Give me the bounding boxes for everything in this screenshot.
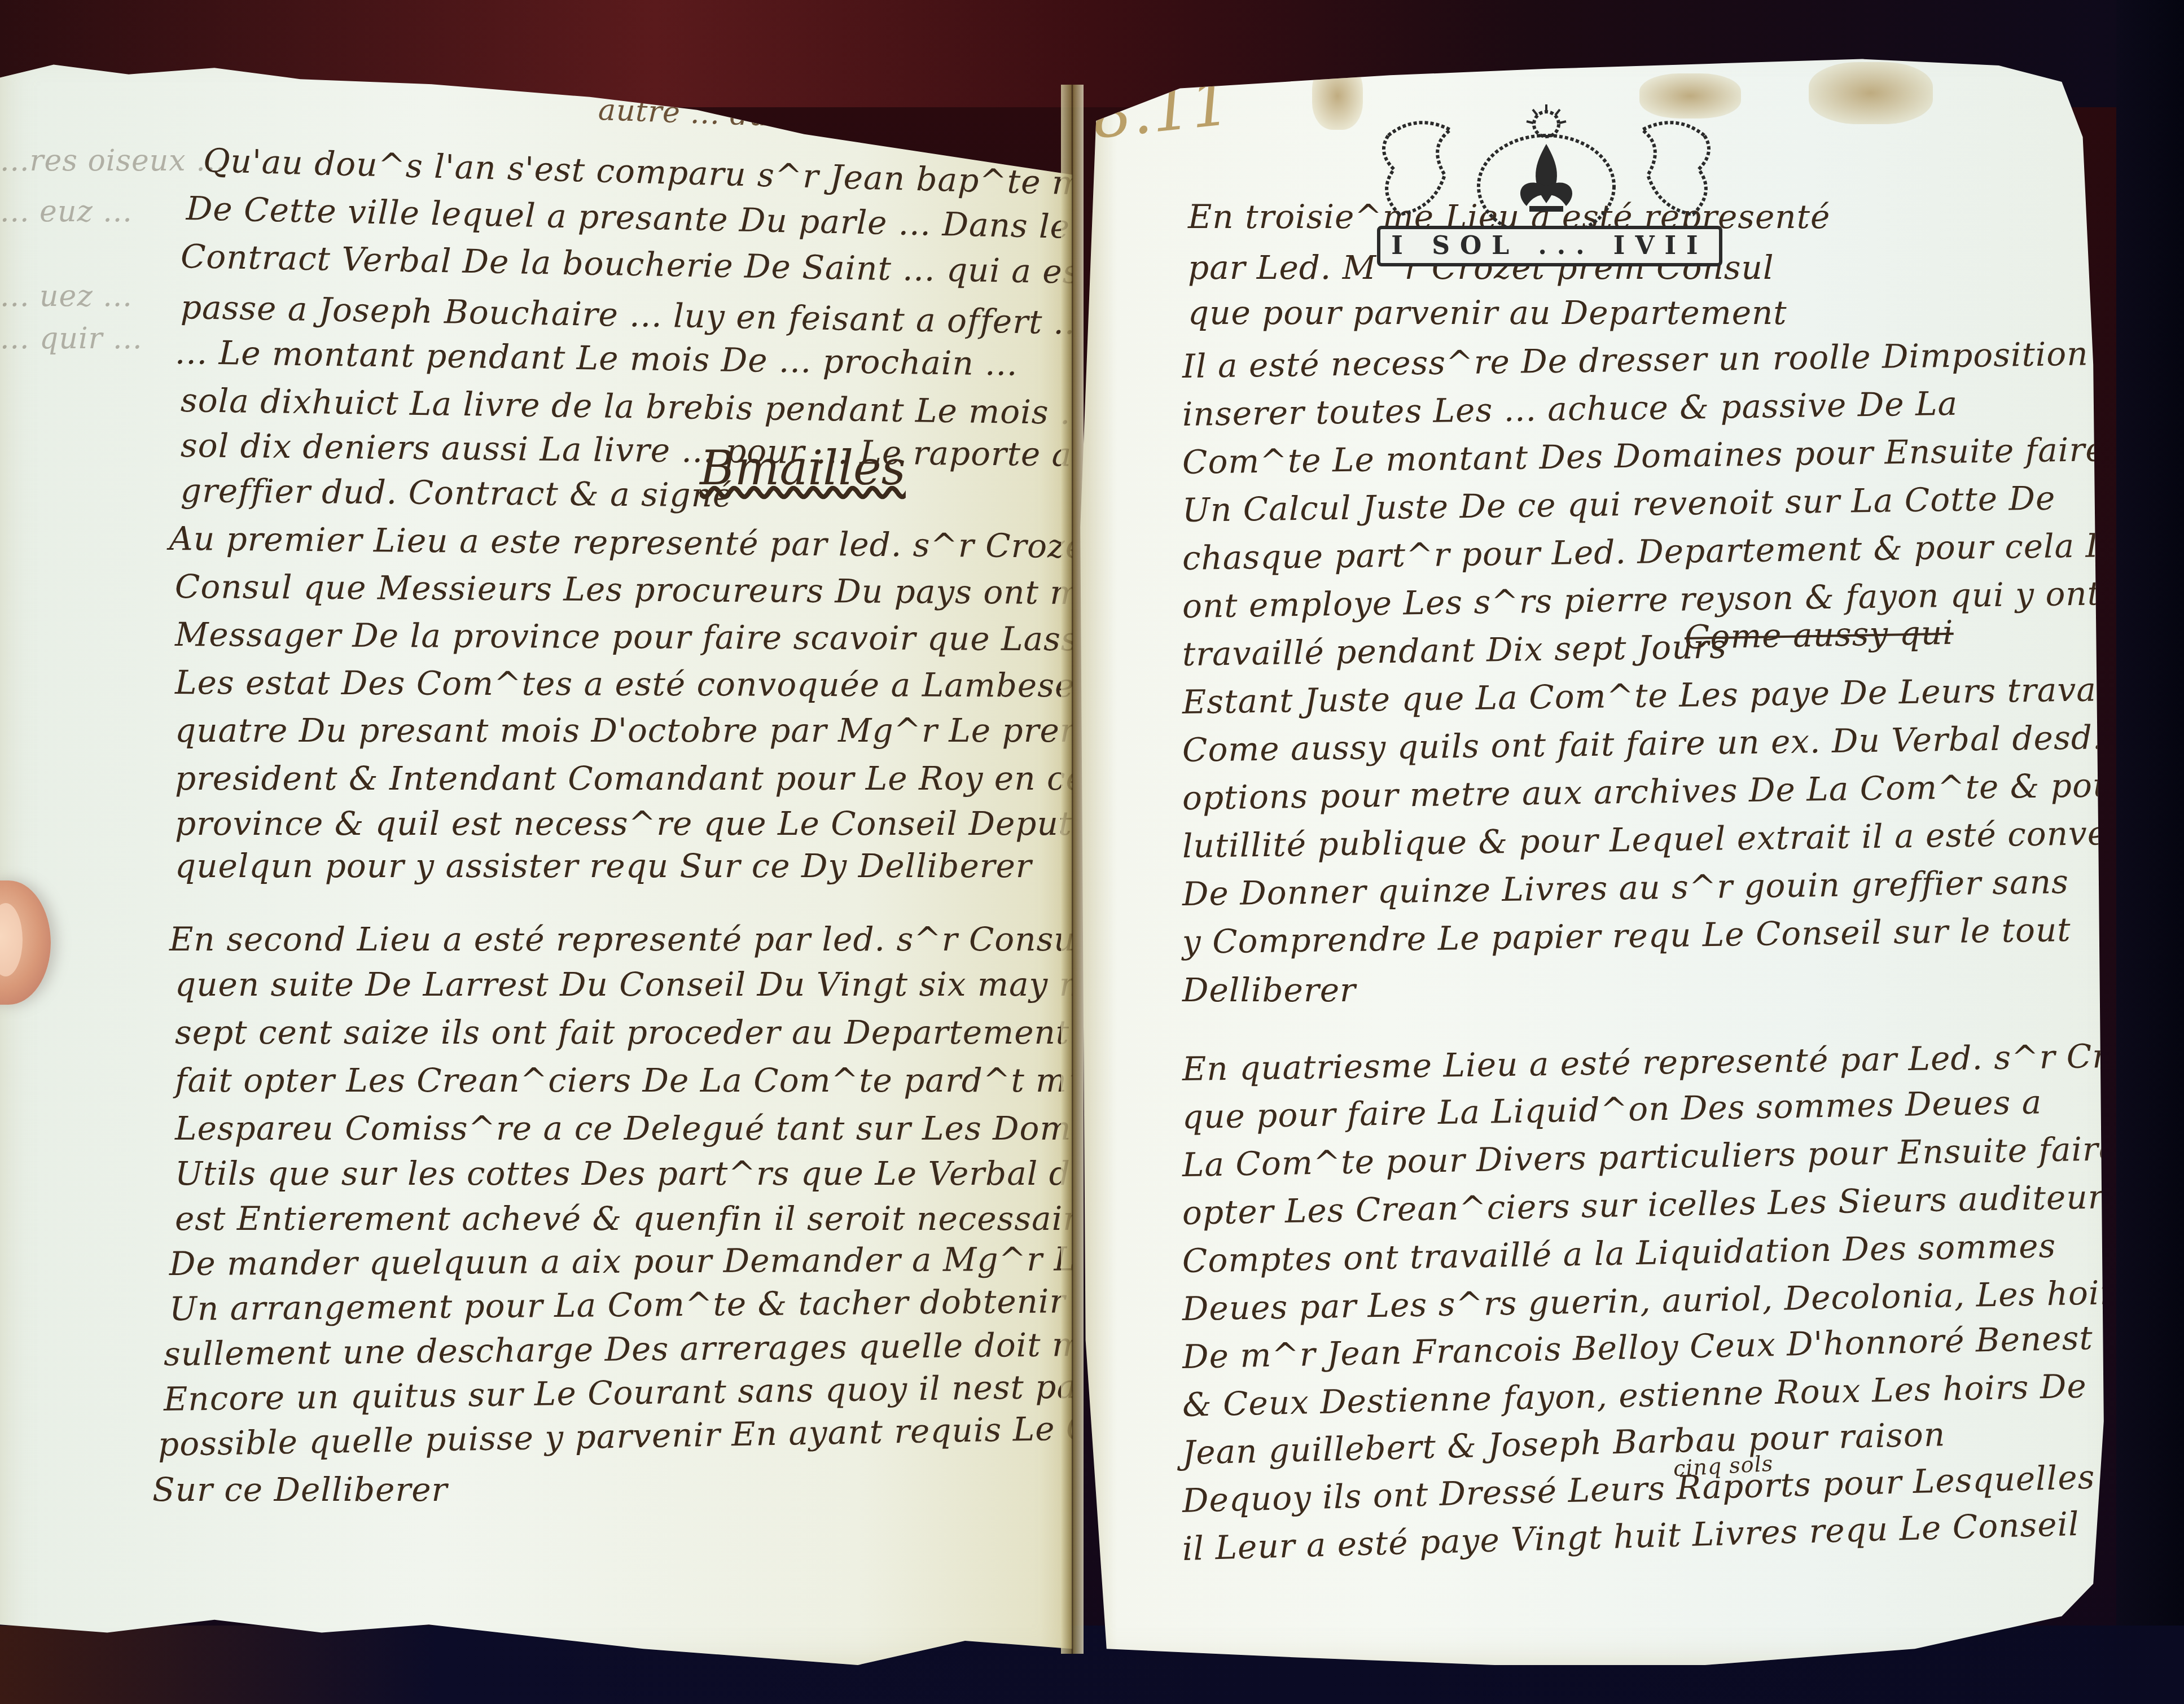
text-line: greffier dud. Contract & a signé <box>181 471 733 515</box>
text-line: province & quil est necess^re que Le Con… <box>175 804 1072 843</box>
text-line: Encore un quitus sur Le Courant sans quo… <box>164 1367 1072 1418</box>
text-line: Un Calcul Juste De ce qui revenoit sur L… <box>1182 479 2056 529</box>
text-line: travaillé pendant Dix sept Jours <box>1182 628 1727 673</box>
margin-note: ... quir ... <box>0 322 143 356</box>
text-line: Jean guillebert & Joseph Barbau pour rai… <box>1182 1415 1946 1472</box>
text-line: De mander quelquun a aix pour Demander a… <box>169 1239 1072 1283</box>
text-line: sol dix deniers aussi La livre ... pour … <box>181 426 1072 474</box>
text-line: Comptes ont travaillé a la Liquidation D… <box>1182 1226 2056 1280</box>
text-line: Deues par Les s^rs guerin, auriol, Decol… <box>1182 1273 2125 1328</box>
text-line: En quatriesme Lieu a esté representé par… <box>1182 1036 2125 1088</box>
text-line: sept cent saize ils ont fait proceder au… <box>175 1013 1072 1052</box>
text-line: lutillité publique & pour Lequel extrait… <box>1182 813 2125 865</box>
text-line: Come aussy quils ont fait faire un ex. D… <box>1182 718 2104 769</box>
text-line: sola dixhuict La livre de la brebis pend… <box>181 381 1072 432</box>
margin-note: ...res oiseux ... <box>0 144 226 178</box>
text-line: & Ceux Destienne fayon, estienne Roux Le… <box>1182 1366 2087 1424</box>
text-line: Sur ce Delliberer <box>152 1470 448 1509</box>
text-line: Il a esté necess^re De dresser un roolle… <box>1182 334 2119 386</box>
royal-tax-stamp: I SOL ... IVII <box>1366 102 1727 271</box>
text-line: La Com^te pour Divers particuliers pour … <box>1182 1129 2119 1184</box>
ink-stain <box>1809 62 1933 124</box>
text-line: quatre Du presant mois D'octobre par Mg^… <box>175 711 1072 750</box>
margin-note: ... euz ... <box>0 195 133 229</box>
text-line: Lespareu Comiss^re a ce Delegué tant sur… <box>175 1109 1072 1147</box>
text-line: Utils que sur les cottes Des part^rs que… <box>175 1154 1072 1193</box>
text-line: Estant Juste que La Com^te Les paye De L… <box>1182 670 2119 721</box>
text-line: fait opter Les Crean^ciers De La Com^te … <box>175 1061 1072 1100</box>
text-line: sullement une descharge Des arrerages qu… <box>164 1325 1072 1373</box>
text-line: En second Lieu a esté representé par led… <box>169 920 1072 958</box>
text-line: Consul que Messieurs Les procureurs Du p… <box>175 567 1072 613</box>
text-line: ont employe Les s^rs pierre reyson & fay… <box>1182 574 2102 625</box>
text-line: est Entierement achevé & quenfin il sero… <box>175 1199 1072 1238</box>
text-line: Les estat Des Com^tes a esté convoquée a… <box>175 663 1072 706</box>
stamp-denomination: I SOL ... IVII <box>1377 226 1722 266</box>
text-line: Contract Verbal De la boucherie De Saint… <box>180 237 1072 292</box>
text-line: president & Intendant Comandant pour Le … <box>175 759 1072 798</box>
right-page: 8.11 En troisie^me Lieu a esté represent… <box>1075 40 2125 1665</box>
text-line: que pour parvenir au Departement <box>1188 294 1787 332</box>
crown-fleur-de-lis-icon <box>1366 102 1727 237</box>
text-line: chasque part^r pour Led. Departement & p… <box>1182 526 2125 577</box>
text-line: y Comprendre Le papier requ Le Conseil s… <box>1182 910 2072 961</box>
text-line: inserer toutes Les ... achuce & passive … <box>1182 384 1958 433</box>
text-line: quen suite De Larrest Du Conseil Du Ving… <box>175 965 1072 1004</box>
text-line: options pour metre aux archives De La Co… <box>1182 766 2125 817</box>
text-line: quelqun pour y assister requ Sur ce Dy D… <box>175 847 1032 885</box>
text-line: ... Le montant pendant Le mois De ... pr… <box>175 333 1018 383</box>
text-line: Messager De la province pour faire scavo… <box>175 615 1072 659</box>
text-line: passe a Joseph Bouchaire ... luy en feis… <box>180 288 1072 342</box>
left-page: autre ... du ... 1 ... ...res oiseux ...… <box>0 45 1072 1665</box>
text-line: De m^r Jean Francois Belloy Ceux D'honno… <box>1182 1318 2093 1376</box>
margin-note: ... uez ... <box>0 279 133 313</box>
text-line: De Donner quinze Livres au s^r gouin gre… <box>1182 862 2069 913</box>
text-line: Au premier Lieu a este representé par le… <box>169 519 1072 567</box>
book-gutter <box>1061 85 1084 1654</box>
text-line: Com^te Le montant Des Domaines pour Ensu… <box>1182 430 2106 481</box>
text-line: que pour faire La Liquid^on Des sommes D… <box>1182 1083 2042 1136</box>
struck-text: Come aussy qui <box>1684 614 1954 656</box>
text-line: Un arrangement pour La Com^te & tacher d… <box>169 1281 1072 1328</box>
background-right <box>2116 0 2184 1704</box>
signature: Bmailles <box>700 440 906 496</box>
text-line: Delliberer <box>1182 971 1356 1009</box>
interlinear-note: cinq sols <box>1673 1451 1774 1481</box>
text-line: opter Les Crean^ciers sur icelles Les Si… <box>1182 1176 2125 1232</box>
